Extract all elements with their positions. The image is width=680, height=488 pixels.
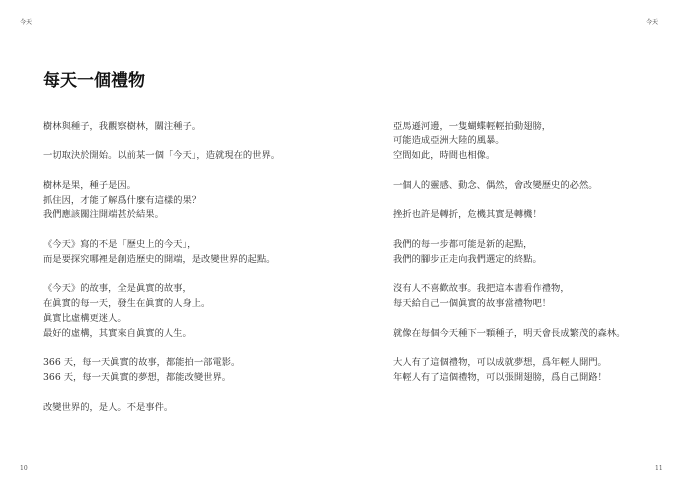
body-text: 樹林與種子，我觀察樹林，關注種子。 一切取決於開始。以前某一個「今天」，造就現在…	[43, 120, 280, 431]
paragraph: 亞馬遜河邊，一隻蝴蝶輕輕拍動翅膀， 可能造成亞洲大陸的風暴。 空間如此，時間也相…	[393, 120, 625, 164]
text-line: 在眞實的每一天，發生在眞實的人身上。	[43, 297, 280, 312]
right-page: 今天 亞馬遜河邊，一隻蝴蝶輕輕拍動翅膀， 可能造成亞洲大陸的風暴。 空間如此，時…	[340, 0, 680, 488]
paragraph: 樹林與種子，我觀察樹林，關注種子。	[43, 120, 280, 135]
text-line: 而是要探究哪裡是創造歷史的開端，是改變世界的起點。	[43, 253, 280, 268]
chapter-title: 每天一個禮物	[43, 71, 145, 91]
page-number: 10	[20, 465, 28, 473]
text-line: 抓住因，才能了解爲什麼有這樣的果？	[43, 194, 280, 209]
paragraph: 樹林是果，種子是因。 抓住因，才能了解爲什麼有這樣的果？ 我們應該關注開端甚於結…	[43, 179, 280, 223]
paragraph: 《今天》的故事，全是眞實的故事， 在眞實的每一天，發生在眞實的人身上。 眞實比虛…	[43, 282, 280, 341]
paragraph: 《今天》寫的不是「歷史上的今天」， 而是要探究哪裡是創造歷史的開端，是改變世界的…	[43, 238, 280, 268]
text-line: 我們的每一步都可能是新的起點，	[393, 238, 625, 253]
text-line: 眞實比虛構更迷人。	[43, 312, 280, 327]
text-line: 空間如此，時間也相像。	[393, 149, 625, 164]
text-line: 改變世界的，是人。不是事件。	[43, 401, 280, 416]
text-line: 樹林是果，種子是因。	[43, 179, 280, 194]
text-line: 最好的虛構，其實來自眞實的人生。	[43, 327, 280, 342]
text-line: 每天給自己一個眞實的故事當禮物吧！	[393, 297, 625, 312]
text-line: 可能造成亞洲大陸的風暴。	[393, 134, 625, 149]
running-head: 今天	[646, 19, 658, 27]
text-line: 我們應該關注開端甚於結果。	[43, 208, 280, 223]
text-line: 樹林與種子，我觀察樹林，關注種子。	[43, 120, 280, 135]
paragraph: 一個人的靈感、動念、偶然，會改變歷史的必然。	[393, 179, 625, 194]
text-line: 366 天，每一天眞實的故事，都能拍一部電影。	[43, 356, 280, 371]
paragraph: 沒有人不喜歡故事。我把這本書看作禮物， 每天給自己一個眞實的故事當禮物吧！	[393, 282, 625, 312]
page-number: 11	[655, 465, 663, 473]
text-line: 大人有了這個禮物，可以成就夢想，爲年輕人開門。	[393, 356, 625, 371]
text-line: 亞馬遜河邊，一隻蝴蝶輕輕拍動翅膀，	[393, 120, 625, 135]
paragraph: 366 天，每一天眞實的故事，都能拍一部電影。 366 天，每一天眞實的夢想，都…	[43, 356, 280, 386]
text-line: 一個人的靈感、動念、偶然，會改變歷史的必然。	[393, 179, 625, 194]
text-line: 就像在每個今天種下一顆種子，明天會長成繁茂的森林。	[393, 327, 625, 342]
paragraph: 改變世界的，是人。不是事件。	[43, 401, 280, 416]
paragraph: 一切取決於開始。以前某一個「今天」，造就現在的世界。	[43, 149, 280, 164]
text-line: 挫折也許是轉折，危機其實是轉機！	[393, 208, 625, 223]
paragraph: 就像在每個今天種下一顆種子，明天會長成繁茂的森林。	[393, 327, 625, 342]
paragraph: 挫折也許是轉折，危機其實是轉機！	[393, 208, 625, 223]
text-line: 《今天》的故事，全是眞實的故事，	[43, 282, 280, 297]
left-page: 今天 每天一個禮物 樹林與種子，我觀察樹林，關注種子。 一切取決於開始。以前某一…	[0, 0, 340, 488]
paragraph: 我們的每一步都可能是新的起點， 我們的腳步正走向我們選定的終點。	[393, 238, 625, 268]
text-line: 《今天》寫的不是「歷史上的今天」，	[43, 238, 280, 253]
text-line: 沒有人不喜歡故事。我把這本書看作禮物，	[393, 282, 625, 297]
running-head: 今天	[20, 19, 32, 27]
text-line: 年輕人有了這個禮物，可以張開翅膀，爲自己開路！	[393, 371, 625, 386]
text-line: 我們的腳步正走向我們選定的終點。	[393, 253, 625, 268]
body-text: 亞馬遜河邊，一隻蝴蝶輕輕拍動翅膀， 可能造成亞洲大陸的風暴。 空間如此，時間也相…	[393, 120, 625, 401]
text-line: 一切取決於開始。以前某一個「今天」，造就現在的世界。	[43, 149, 280, 164]
text-line: 366 天，每一天眞實的夢想，都能改變世界。	[43, 371, 280, 386]
paragraph: 大人有了這個禮物，可以成就夢想，爲年輕人開門。 年輕人有了這個禮物，可以張開翅膀…	[393, 356, 625, 386]
